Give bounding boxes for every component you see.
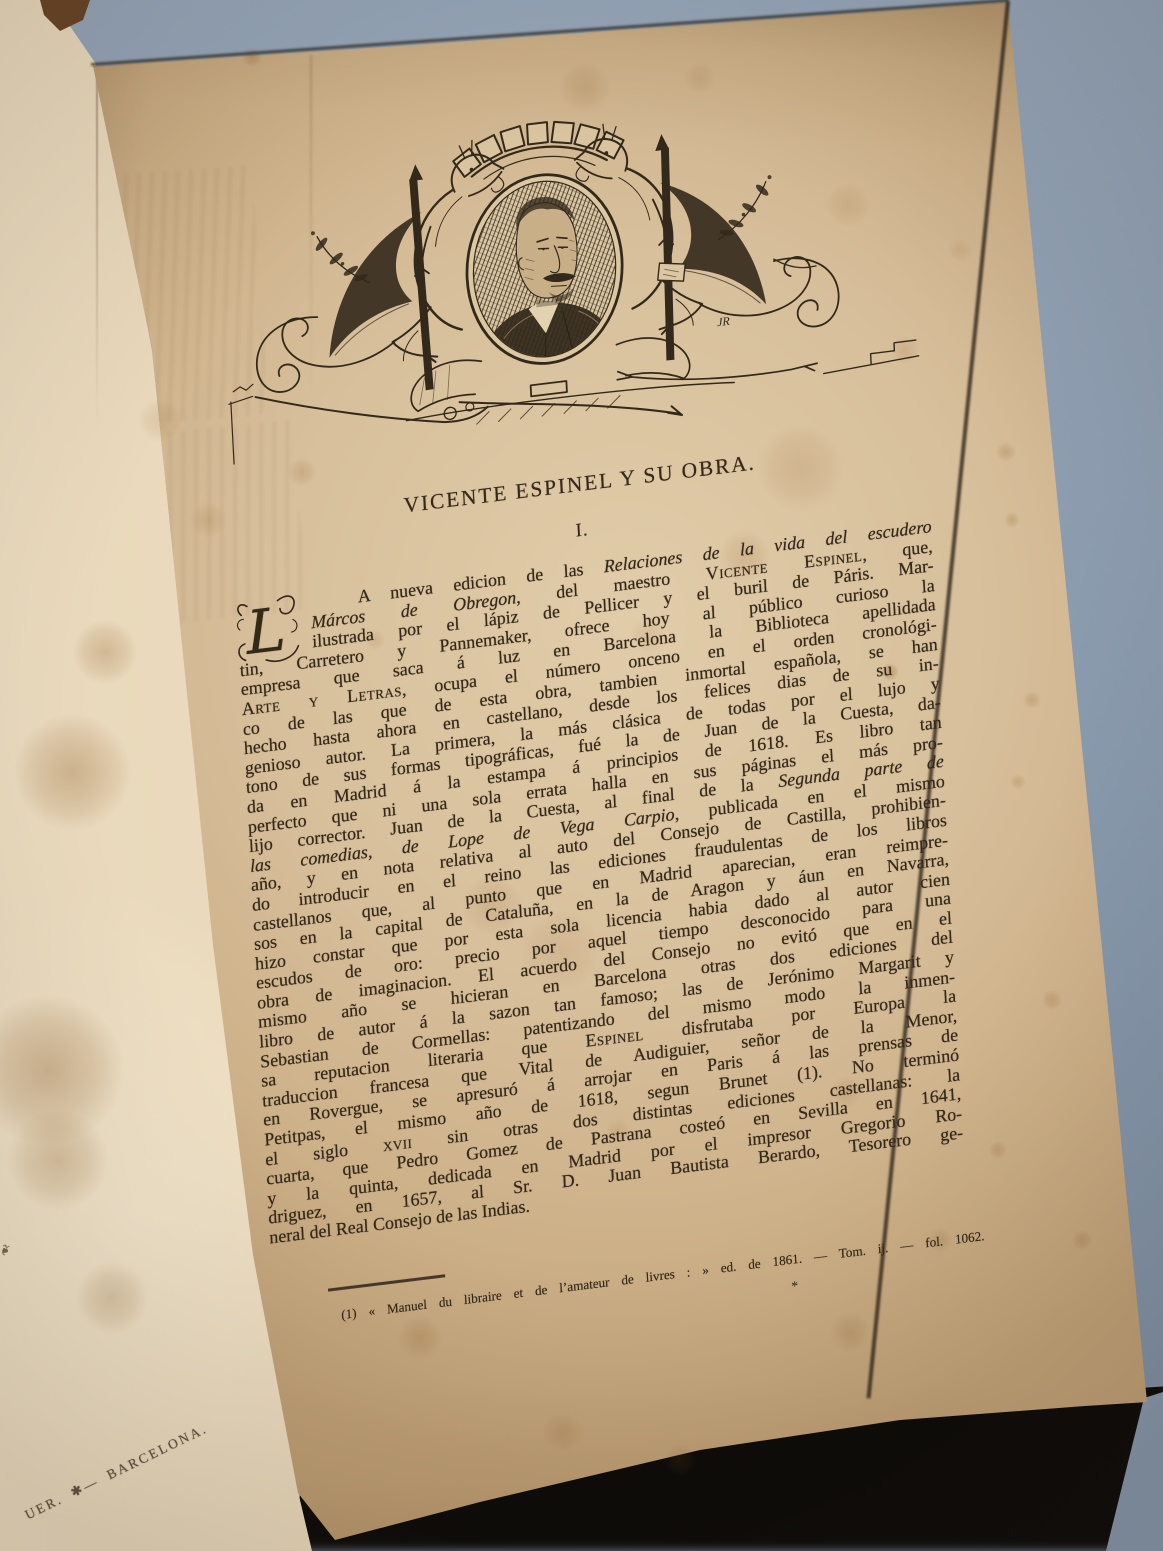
banner-tag-icon: [658, 263, 685, 281]
castle-battlements-icon: [452, 113, 625, 183]
paragraph: L A nueva edicion de las Relaciones de l…: [236, 517, 964, 1248]
scroll-flourish-icon: [255, 316, 321, 395]
photograph-of-open-book: UER. ✱— BARCELONA. ❧: [0, 0, 1163, 1551]
svg-text:L: L: [244, 595, 288, 669]
margin-fleuron-mark: ❧: [0, 1242, 16, 1259]
ornate-drop-cap: L: [232, 587, 303, 671]
paragraph-lines: A nueva edicion de las Relaciones de la …: [236, 517, 964, 1248]
portrait-medallion: [462, 166, 627, 377]
spine-stamp: UER. ✱— BARCELONA.: [22, 1408, 236, 1523]
laurel-spray-icon: [311, 225, 370, 290]
page-fold-line: [96, 62, 98, 422]
footnote-asterisk: *: [791, 1279, 799, 1296]
engraver-monogram: JR: [717, 314, 731, 330]
